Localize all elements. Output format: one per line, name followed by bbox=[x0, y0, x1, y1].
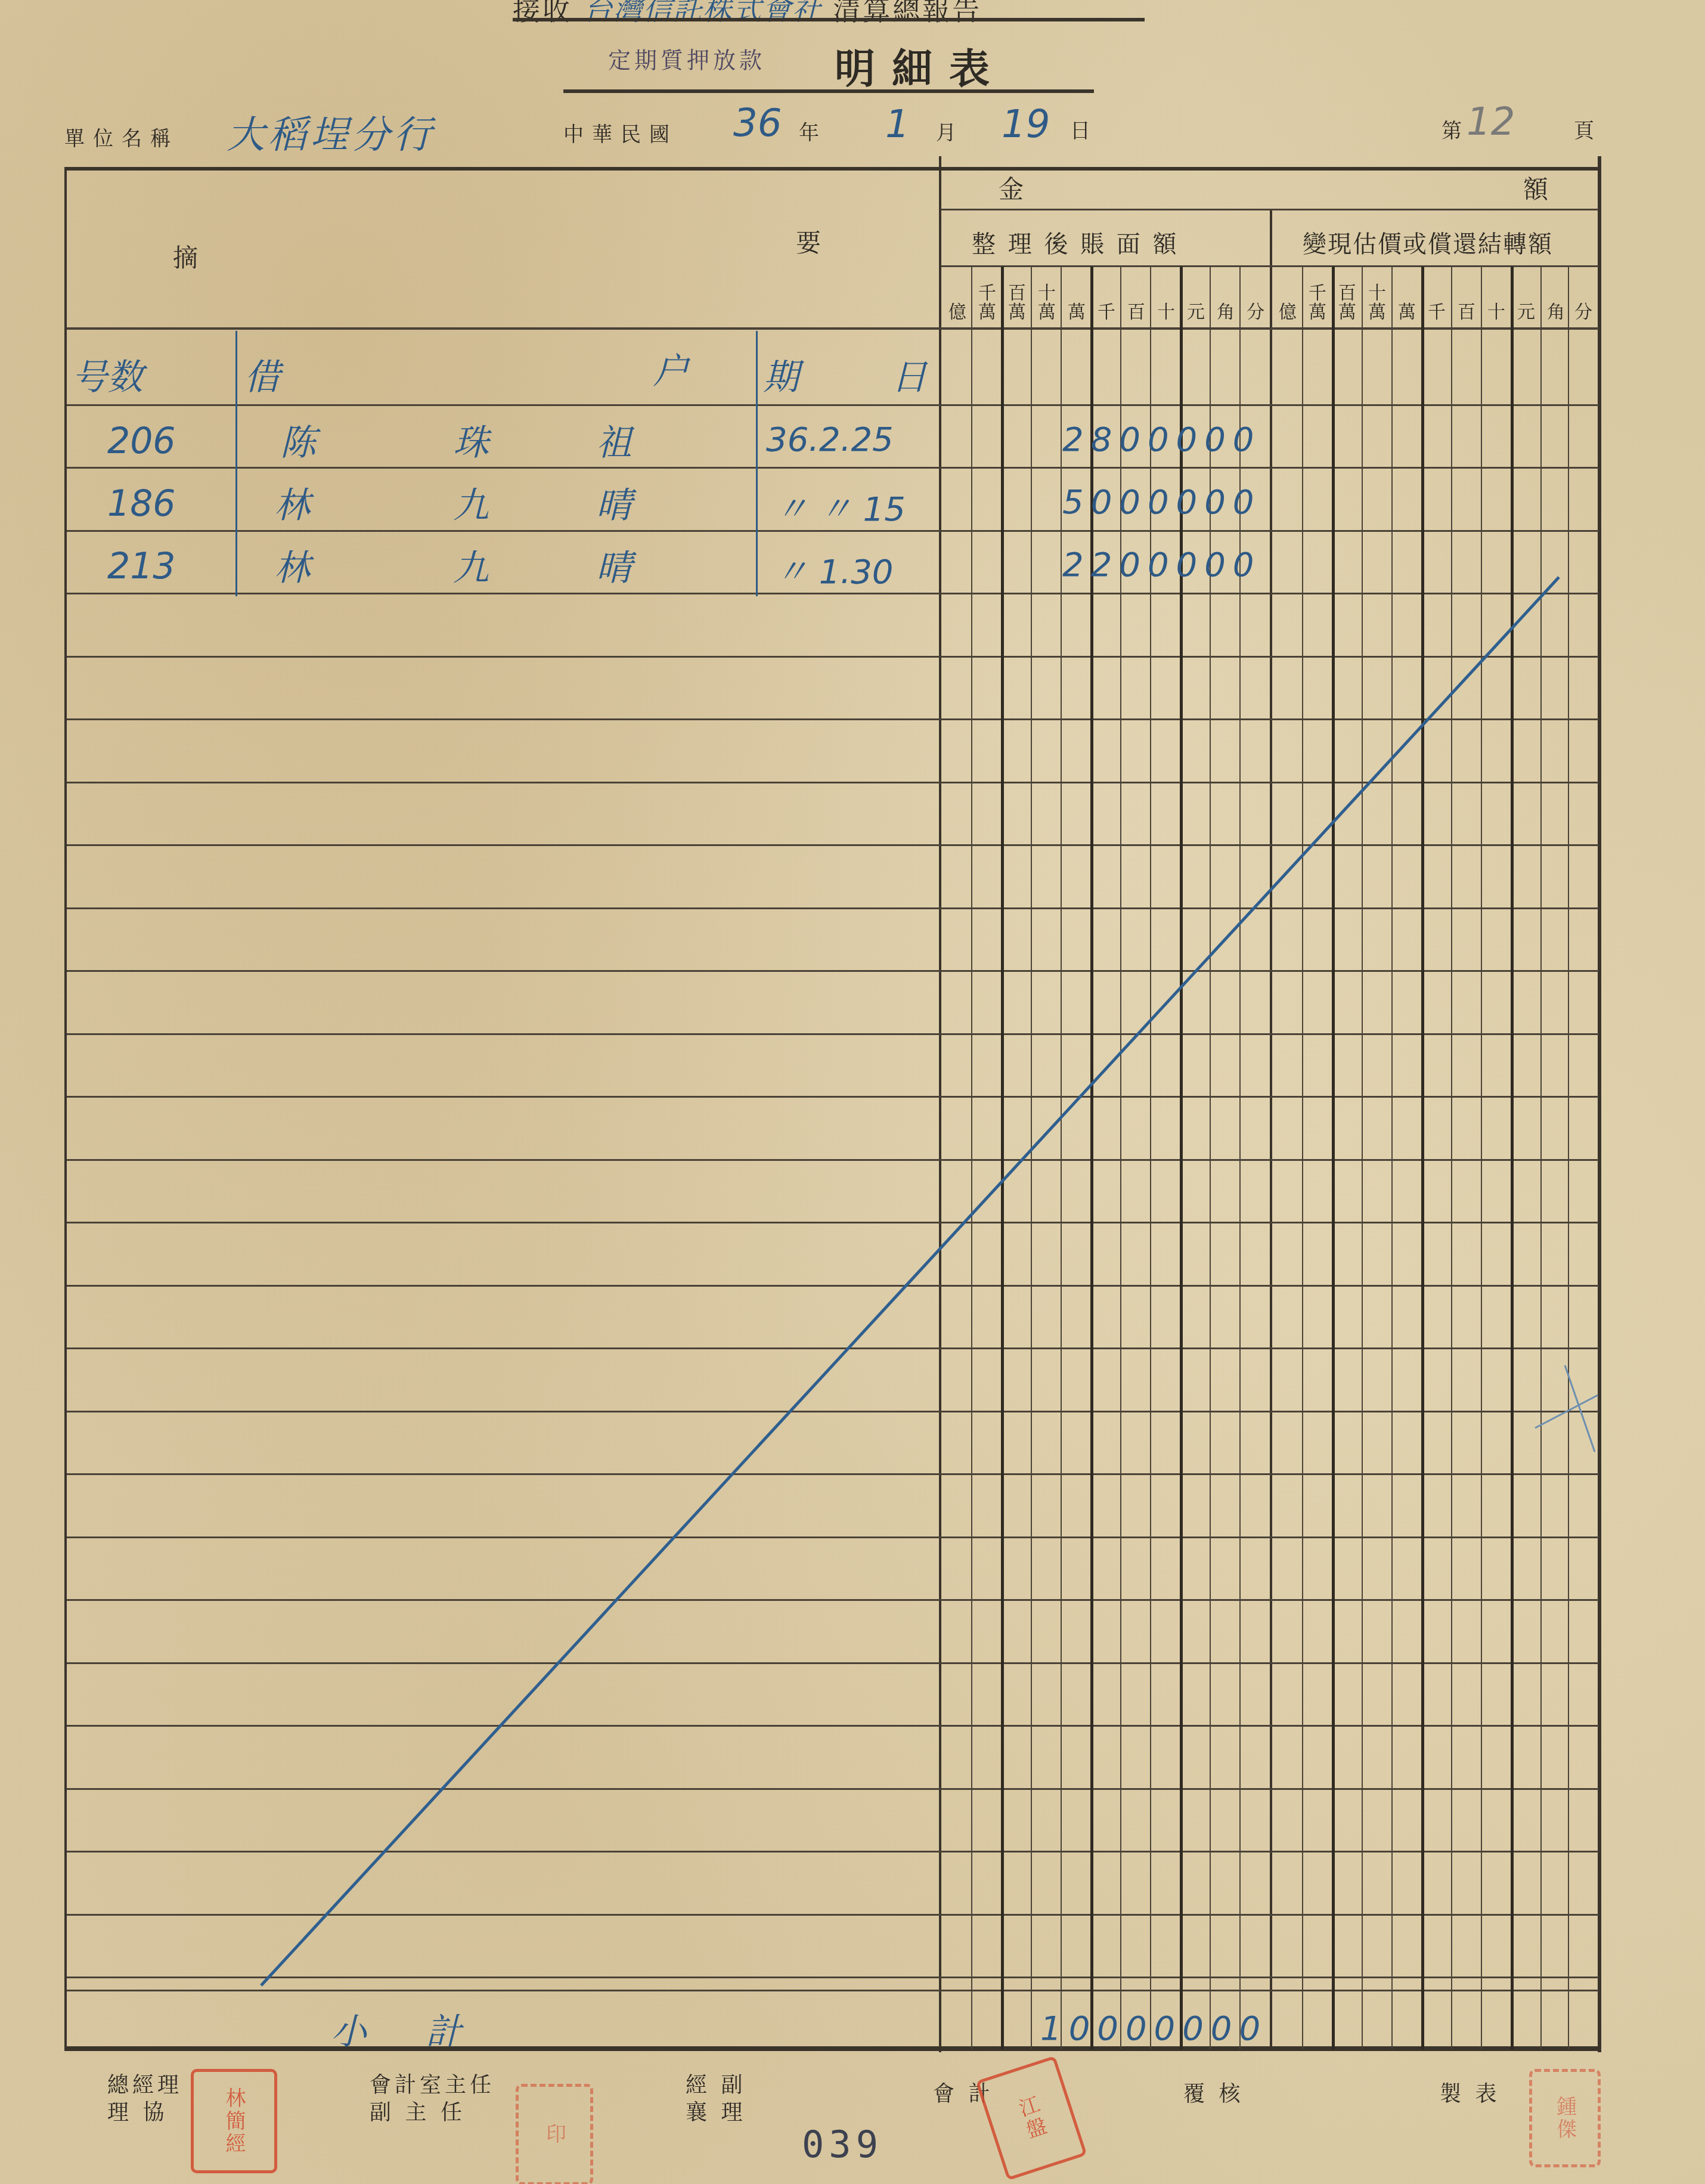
book-amount: 2200000 bbox=[1062, 546, 1261, 584]
unit-column-rule bbox=[1540, 267, 1542, 2049]
table-right-border bbox=[1598, 156, 1601, 2052]
unit-column-rule bbox=[1090, 267, 1093, 2049]
unit2-shi: 十 bbox=[1483, 262, 1510, 322]
page-title: 明細表 bbox=[835, 37, 1006, 95]
unit-column-rule bbox=[1568, 267, 1569, 2049]
row-rule bbox=[67, 1990, 1599, 1991]
era-label: 中華民國 bbox=[563, 118, 678, 147]
unit2-yi: 億 bbox=[1274, 262, 1301, 322]
day-value: 19 bbox=[1002, 103, 1050, 147]
col-header-date-left: 期 bbox=[763, 349, 799, 400]
unit-column-rule bbox=[1031, 267, 1032, 2049]
row-rule bbox=[67, 467, 1599, 469]
unit-yi: 億 bbox=[944, 262, 971, 322]
row-rule bbox=[67, 1096, 1599, 1098]
row-rule bbox=[67, 1599, 1599, 1601]
unit-label: 單位名稱 bbox=[64, 122, 179, 151]
row-rule bbox=[67, 404, 1599, 406]
row-rule bbox=[67, 1222, 1599, 1223]
unit-column-rule bbox=[1481, 267, 1482, 2049]
unit-column-rule bbox=[1210, 267, 1211, 2049]
unit2-baiwan: 百萬 bbox=[1334, 262, 1361, 322]
year-label: 年 bbox=[799, 116, 827, 145]
amount-group-divider bbox=[1270, 209, 1272, 2051]
subtotal-amount: 10000000 bbox=[1040, 2009, 1267, 2048]
unit-wan: 萬 bbox=[1063, 262, 1090, 322]
row-rule bbox=[67, 1662, 1599, 1664]
unit-qian: 千 bbox=[1093, 262, 1120, 322]
day-label: 日 bbox=[1070, 114, 1099, 144]
unit-baiwan: 百萬 bbox=[1003, 262, 1031, 322]
seal-stamp: 鍾傑 bbox=[1529, 2069, 1601, 2167]
borrower-char: 九 bbox=[453, 540, 489, 591]
unit-column-rule bbox=[1061, 267, 1062, 2049]
title-suffix: 清算總報告 bbox=[833, 0, 982, 26]
unit-column-rule bbox=[1511, 267, 1514, 2049]
document-number-stamp: 039 bbox=[802, 2123, 883, 2166]
row-date: 36.2.25 bbox=[766, 420, 894, 459]
row-rule bbox=[67, 1788, 1599, 1790]
group1-header: 整 理 後 賬 面 額 bbox=[972, 225, 1179, 259]
borrower-char: 林 bbox=[274, 540, 310, 591]
unit2-qian: 千 bbox=[1423, 262, 1450, 322]
title-underline bbox=[513, 18, 1145, 21]
unit-column-rule bbox=[1362, 267, 1363, 2049]
amount-header-right: 額 bbox=[1523, 170, 1559, 206]
col-header-borrower-left: 借 bbox=[244, 349, 280, 400]
row-rule bbox=[67, 1159, 1599, 1161]
unit-column-rule bbox=[1302, 267, 1303, 2049]
seal-stamp: 江盤 bbox=[975, 2056, 1087, 2181]
page-number: 12 bbox=[1467, 100, 1515, 144]
row-rule bbox=[67, 1285, 1599, 1287]
unit2-qianwan: 千萬 bbox=[1304, 262, 1331, 322]
row-rule bbox=[67, 782, 1599, 783]
book-amount: 2800000 bbox=[1062, 420, 1261, 459]
unit-column-rule bbox=[1120, 267, 1121, 2049]
borrower-char: 晴 bbox=[596, 540, 632, 591]
unit-column-rule bbox=[1421, 267, 1424, 2049]
row-rule bbox=[67, 1033, 1599, 1035]
row-number: 213 bbox=[107, 546, 176, 587]
unit-jiao: 角 bbox=[1212, 262, 1239, 322]
row-date: 〃 1.30 bbox=[775, 546, 894, 593]
unit-column-rule bbox=[1332, 267, 1335, 2049]
amount-header-rule bbox=[941, 209, 1599, 210]
col-header-number: 号数 bbox=[72, 349, 143, 400]
row-rule bbox=[67, 1725, 1599, 1727]
page-prefix: 第 bbox=[1441, 114, 1470, 144]
borrower-char: 林 bbox=[274, 477, 310, 528]
row-rule bbox=[67, 1977, 1599, 1978]
row-rule bbox=[67, 718, 1599, 720]
title-prefix: 接收 bbox=[513, 0, 572, 26]
signatory-reviewer: 覆 核 bbox=[1183, 2081, 1244, 2108]
row-rule bbox=[67, 1851, 1599, 1852]
row-rule bbox=[67, 656, 1599, 658]
row-rule bbox=[67, 1411, 1599, 1412]
row-date: 〃 〃 15 bbox=[775, 483, 906, 531]
row-rule bbox=[67, 844, 1599, 846]
unit-column-rule bbox=[971, 267, 972, 2049]
borrower-char: 珠 bbox=[453, 414, 489, 466]
unit-shi: 十 bbox=[1152, 262, 1180, 322]
month-label: 月 bbox=[936, 116, 965, 145]
unit-column-rule bbox=[1451, 267, 1452, 2049]
signatory-accounting-chief: 會計室主任 副 主 任 bbox=[370, 2072, 495, 2127]
unit-yuan: 元 bbox=[1182, 262, 1210, 322]
unit-shiwan: 十萬 bbox=[1033, 262, 1061, 322]
borrower-char: 陈 bbox=[280, 414, 316, 466]
row-rule bbox=[67, 970, 1599, 972]
unit-column-rule bbox=[1150, 267, 1151, 2049]
unit2-jiao: 角 bbox=[1542, 262, 1570, 322]
signatory-preparer: 製 表 bbox=[1440, 2081, 1500, 2108]
unit2-yuan: 元 bbox=[1512, 262, 1540, 322]
page-suffix: 頁 bbox=[1574, 114, 1602, 144]
seal-stamp: 印 bbox=[516, 2084, 593, 2184]
signatory-general-manager: 總經理 理 協 bbox=[107, 2072, 182, 2127]
borrower-char: 晴 bbox=[596, 477, 632, 528]
title-handwritten-company: 台灣信託株式會社 bbox=[584, 0, 822, 27]
title-underline-2 bbox=[563, 89, 1094, 93]
row-number: 186 bbox=[107, 483, 176, 525]
unit2-shiwan: 十萬 bbox=[1363, 262, 1391, 322]
handwritten-divider-2 bbox=[756, 331, 758, 596]
group2-header: 變現估價或償還結轉額 bbox=[1303, 225, 1553, 259]
unit-value: 大稻埕分行 bbox=[227, 104, 435, 159]
row-rule bbox=[67, 907, 1599, 909]
subtotal-label: 小 計 bbox=[331, 2003, 485, 2055]
row-number: 206 bbox=[107, 420, 176, 462]
subtitle-stamp: 定期質押放款 bbox=[608, 42, 765, 75]
month-value: 1 bbox=[885, 103, 910, 147]
amount-header-left: 金 bbox=[999, 170, 1034, 206]
unit-bai: 百 bbox=[1123, 262, 1150, 322]
unit-column-rule bbox=[1391, 267, 1393, 2049]
unit2-fen: 分 bbox=[1570, 262, 1597, 322]
col-header-date-right: 日 bbox=[891, 349, 927, 400]
row-rule bbox=[67, 1347, 1599, 1349]
row-rule bbox=[67, 1473, 1599, 1475]
year-value: 36 bbox=[733, 101, 782, 145]
signatory-deputy-manager: 經 副 襄 理 bbox=[686, 2072, 746, 2127]
handwritten-divider-1 bbox=[235, 331, 237, 596]
summary-header-left: 摘 bbox=[173, 238, 209, 274]
unit-column-rule bbox=[1001, 267, 1004, 2049]
row-rule bbox=[67, 1536, 1599, 1538]
col-header-borrower-right: 户 bbox=[653, 343, 689, 394]
unit-fen: 分 bbox=[1242, 262, 1269, 322]
unit2-bai: 百 bbox=[1453, 262, 1480, 322]
seal-stamp: 林簡經 bbox=[191, 2069, 277, 2173]
summary-header-right: 要 bbox=[796, 224, 832, 259]
header-bottom-rule bbox=[67, 327, 1599, 330]
amount-section-divider bbox=[939, 156, 941, 2052]
book-amount: 5000000 bbox=[1062, 483, 1261, 522]
borrower-char: 九 bbox=[453, 477, 489, 528]
unit-column-rule bbox=[1180, 267, 1183, 2049]
unit-qianwan: 千萬 bbox=[974, 262, 1001, 322]
unit-column-rule bbox=[1239, 267, 1241, 2049]
row-rule bbox=[67, 1914, 1599, 1916]
unit2-wan: 萬 bbox=[1393, 262, 1421, 322]
borrower-char: 祖 bbox=[596, 414, 632, 466]
